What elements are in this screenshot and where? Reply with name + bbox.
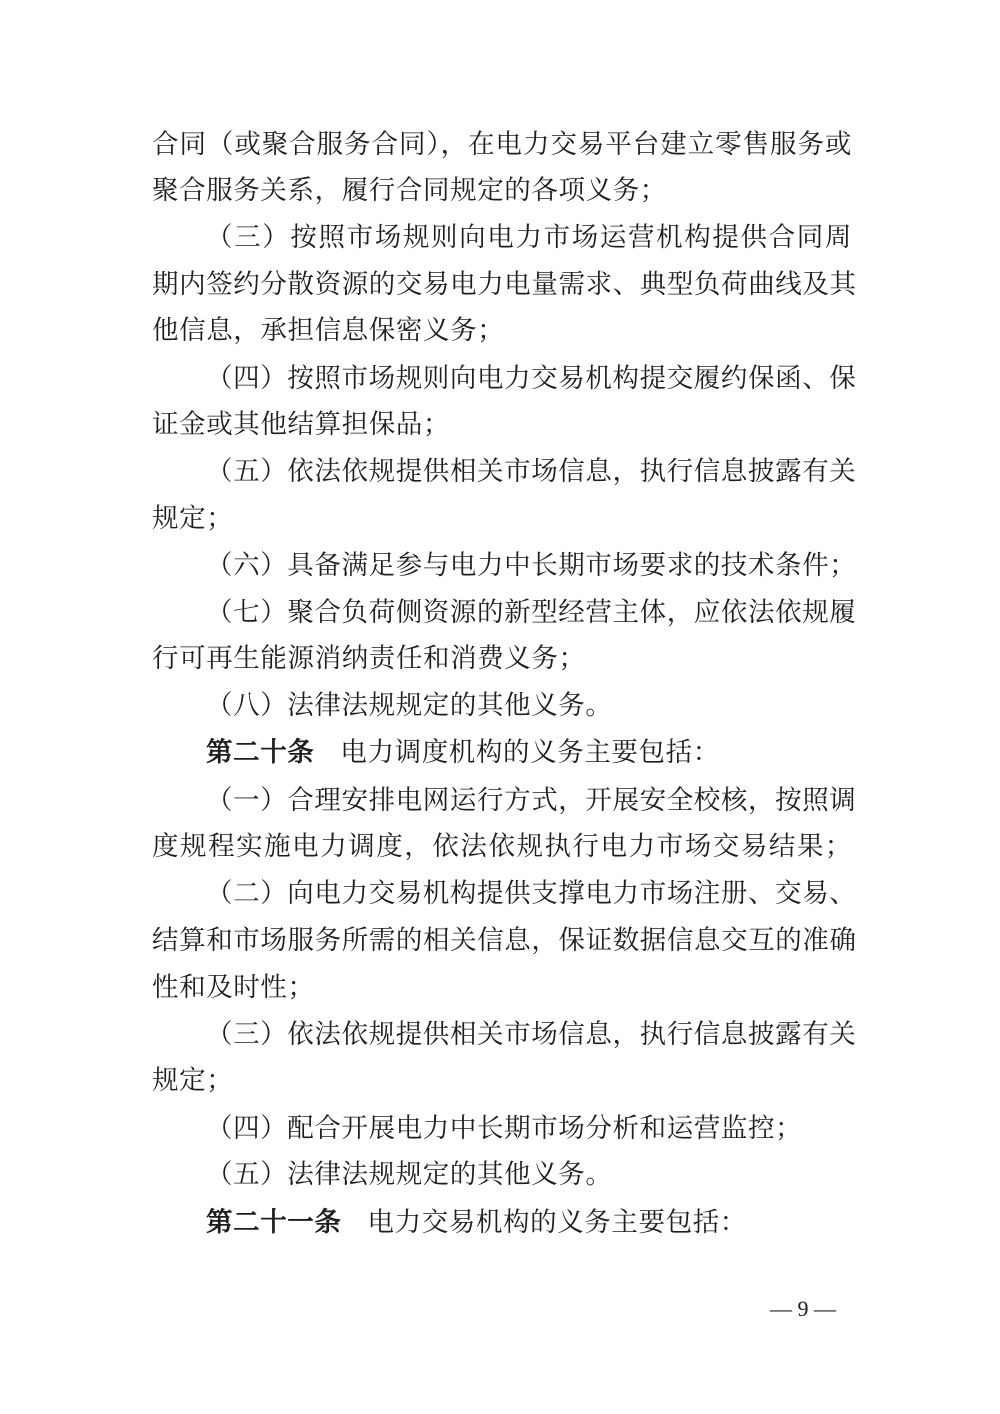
body-line: 他信息，承担信息保密义务； — [152, 308, 504, 354]
clause-one: （一）合理安排电网运行方式，开展安全校核，按照调 — [206, 778, 852, 824]
clause-five: （五）法律法规规定的其他义务。 — [206, 1152, 613, 1198]
body-line: 聚合服务关系，履行合同规定的各项义务； — [152, 168, 667, 214]
clause-seven: （七）聚合负荷侧资源的新型经营主体，应依法依规履 — [206, 590, 852, 636]
clause-three: （三）依法依规提供相关市场信息，执行信息披露有关 — [206, 1012, 852, 1058]
page-number: — 9 — — [770, 1296, 836, 1322]
clause-six: （六）具备满足参与电力中长期市场要求的技术条件； — [206, 543, 856, 589]
body-line: 证金或其他结算担保品； — [152, 402, 450, 448]
article-21-text: 电力交易机构的义务主要包括： — [368, 1207, 747, 1238]
article-21: 第二十一条电力交易机构的义务主要包括： — [206, 1200, 747, 1246]
article-20: 第二十条电力调度机构的义务主要包括： — [206, 730, 720, 776]
clause-eight: （八）法律法规规定的其他义务。 — [206, 683, 613, 729]
body-line: 性和及时性； — [152, 965, 315, 1011]
article-20-text: 电力调度机构的义务主要包括： — [340, 737, 719, 768]
clause-four: （四）按照市场规则向电力交易机构提交履约保函、保 — [206, 356, 852, 402]
body-line: 期内签约分散资源的交易电力电量需求、典型负荷曲线及其 — [152, 262, 852, 308]
clause-three: （三）按照市场规则向电力市场运营机构提供合同周 — [206, 215, 852, 261]
clause-two: （二）向电力交易机构提供支撑电力市场注册、交易、 — [206, 871, 852, 917]
body-line: 规定； — [152, 1058, 233, 1104]
body-line: 行可再生能源消纳责任和消费义务； — [152, 636, 586, 682]
article-20-heading: 第二十条 — [206, 737, 314, 768]
body-line: 结算和市场服务所需的相关信息，保证数据信息交互的准确 — [152, 918, 852, 964]
body-line: 度规程实施电力调度，依法依规执行电力市场交易结果； — [152, 824, 852, 870]
clause-five: （五）依法依规提供相关市场信息，执行信息披露有关 — [206, 449, 852, 495]
clause-four: （四）配合开展电力中长期市场分析和运营监控； — [206, 1106, 802, 1152]
article-21-heading: 第二十一条 — [206, 1207, 342, 1238]
body-line: 规定； — [152, 496, 233, 542]
body-line: 合同（或聚合服务合同），在电力交易平台建立零售服务或 — [152, 122, 852, 168]
